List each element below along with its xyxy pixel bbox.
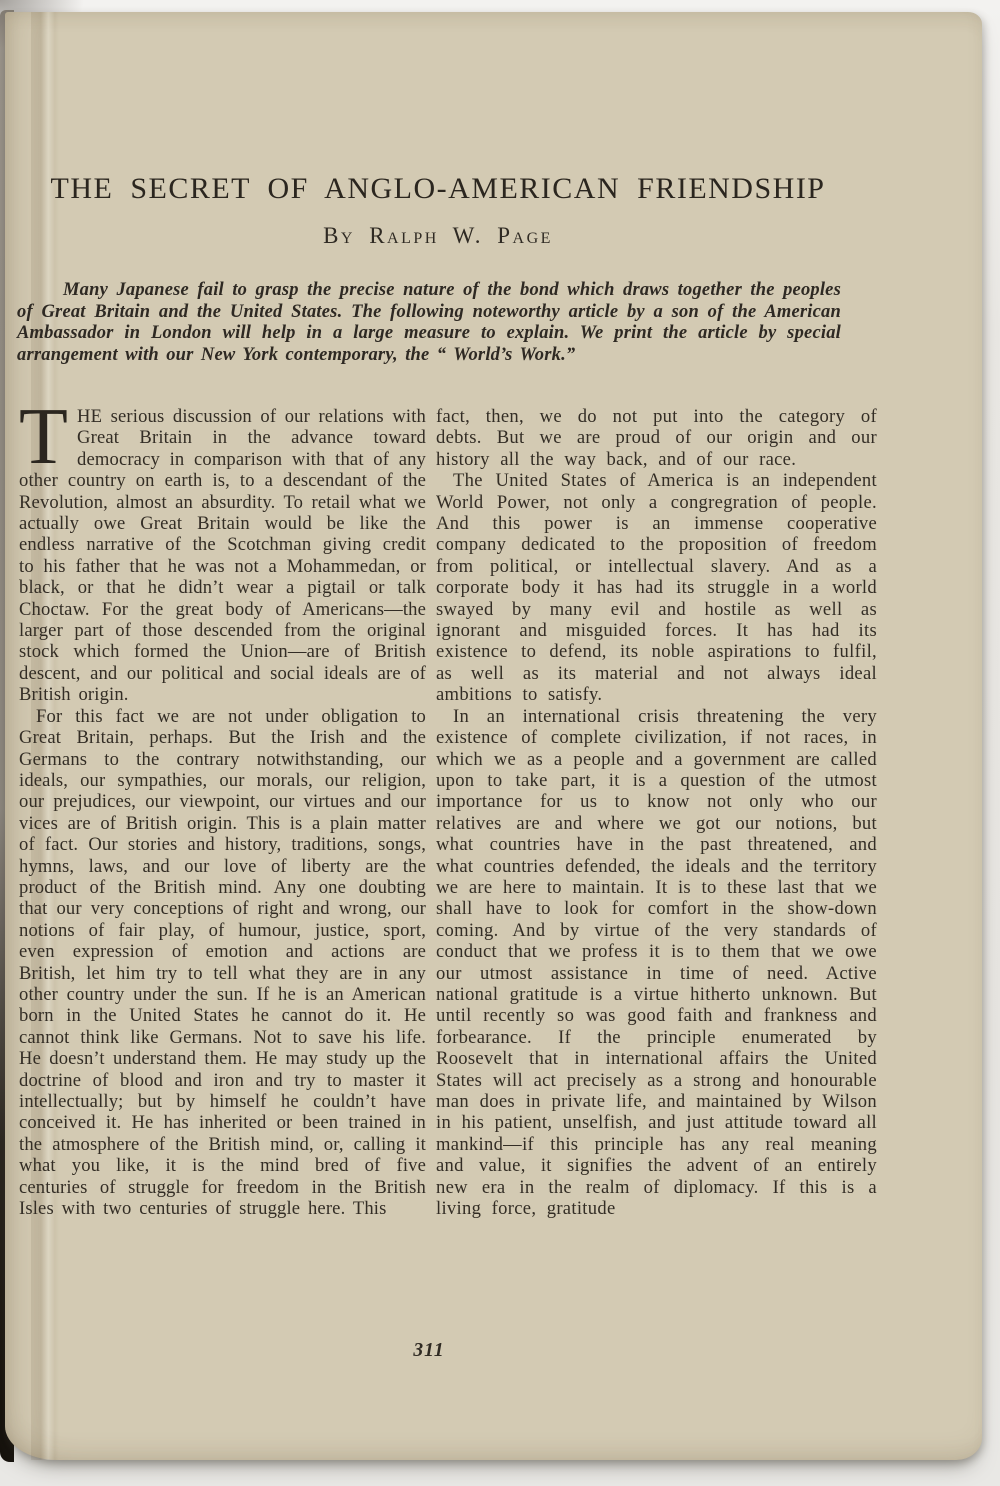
paragraph: For this fact we are not under obligatio… [19, 706, 426, 1220]
left-column: THE serious discussion of our relations … [19, 406, 426, 1344]
article-title: THE SECRET OF ANGLO-AMERICAN FRIENDSHIP [15, 169, 861, 209]
paragraph: In an international crisis threatening t… [436, 706, 877, 1220]
paragraph-continuation: fact, then, we do not put into the categ… [436, 406, 877, 470]
magazine-page: THE SECRET OF ANGLO-AMERICAN FRIENDSHIP … [5, 12, 982, 1460]
article-byline: By Ralph W. Page [15, 223, 861, 249]
opening-paragraph-text: HE serious discussion of our relations w… [19, 406, 426, 705]
article-body: THE serious discussion of our relations … [19, 406, 877, 1344]
editorial-intro-note: Many Japanese fail to grasp the precise … [17, 280, 841, 366]
page-number: 311 [15, 1340, 843, 1362]
scan-photo: { "article": { "title": "THE SECRET OF A… [0, 0, 1000, 1486]
drop-cap: T [19, 406, 77, 464]
right-column: fact, then, we do not put into the categ… [436, 406, 877, 1344]
paragraph: The United States of America is an indep… [436, 470, 877, 705]
opening-paragraph: THE serious discussion of our relations … [19, 406, 426, 706]
